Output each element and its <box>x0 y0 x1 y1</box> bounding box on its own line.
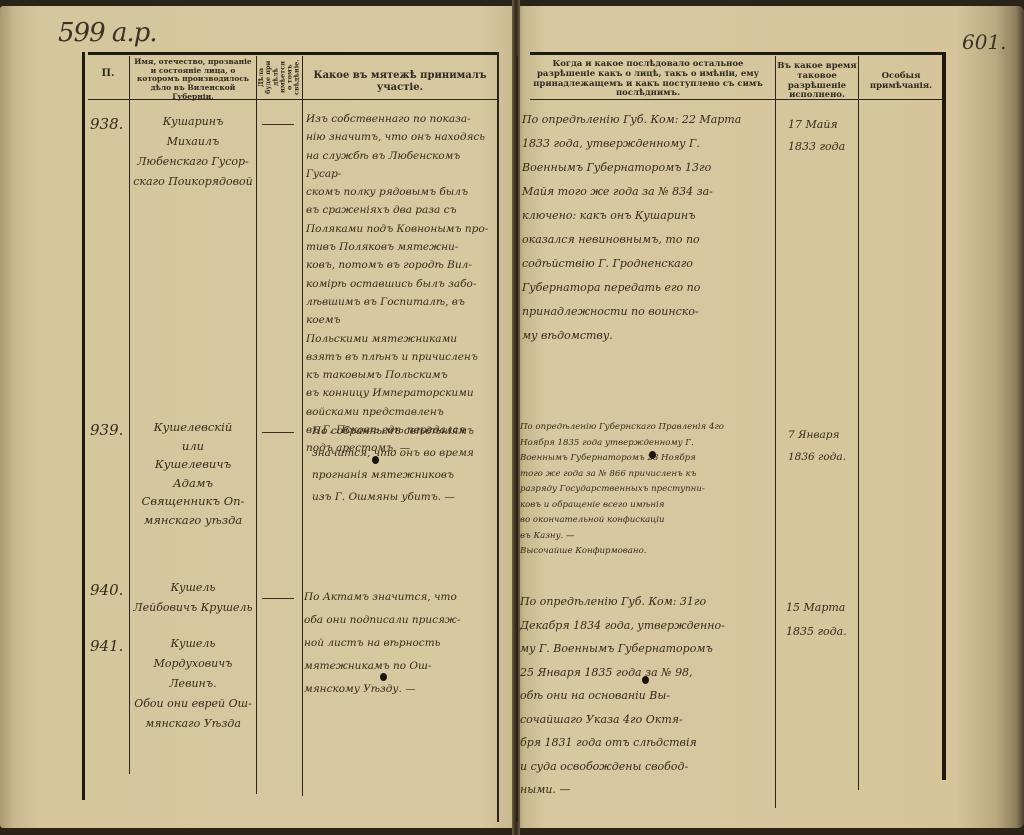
binding-hole <box>372 456 379 464</box>
right-outer-border <box>942 52 946 780</box>
entry-property-dash <box>262 124 294 125</box>
entry-property-dash <box>262 432 294 433</box>
entry-executed-date: 7 Января 1836 года. <box>788 424 858 468</box>
entry-property-dash <box>262 598 294 599</box>
header-executed: Въ какое время таковое разрѣшеніе исполн… <box>777 62 857 101</box>
right-col-divider-2 <box>858 56 859 790</box>
entry-resolution: По опредѣленію Губернскаго Правленія 4го… <box>520 420 776 560</box>
entry-role: Изъ собственнаго по показа- нію значитъ,… <box>306 110 498 458</box>
left-folio-number: 599 а.р. <box>58 18 157 48</box>
binding-hole <box>642 676 649 684</box>
right-folio-number: 601. <box>962 30 1007 54</box>
header-name: Имя, отечество, прозваніе и состояніе ли… <box>131 58 255 101</box>
entry-number: 941. <box>90 634 123 659</box>
entry-resolution: По опредѣленію Губ. Ком: 22 Марта 1833 г… <box>522 108 774 348</box>
entry-role: По Актамъ значится, что оба они подписал… <box>304 586 498 701</box>
binding-hole <box>380 673 387 681</box>
right-header-bottom-rule <box>530 99 942 100</box>
entry-resolution: По опредѣленію Губ. Ком: 31го Декабря 18… <box>520 590 776 802</box>
entry-executed-date: 15 Марта 1835 года. <box>786 596 858 644</box>
entry-role: По собраннымъ свѣдѣніямъ значится, что о… <box>312 420 498 508</box>
left-top-rule <box>88 52 498 55</box>
left-col-divider-3 <box>302 56 303 796</box>
header-notes: Особыя примѣчанія. <box>860 72 942 92</box>
entry-executed-date: 17 Майя 1833 года <box>788 114 858 158</box>
entry-name: Кушель Лейбовичъ Крушель <box>131 578 255 618</box>
left-outer-border <box>82 52 85 800</box>
right-inner-border <box>516 56 518 822</box>
right-top-rule <box>530 52 942 55</box>
entry-name: Кушелевскій или Кушелевичъ Адамъ Священн… <box>131 418 255 529</box>
left-col-divider-1 <box>129 56 130 774</box>
binding-hole <box>649 451 656 459</box>
entry-name: Кушель Мордуховичъ Левинъ. Обои они евре… <box>131 634 255 734</box>
entry-name: Кушаринъ Михаилъ Любенскаго Гусор- скаго… <box>131 112 255 192</box>
header-resolution: Когда и какое послѣдовало остальное разр… <box>522 60 774 99</box>
entry-number: 938. <box>90 112 123 137</box>
ledger-book: 599 а.р. 601. П. Имя, отечество, прозван… <box>0 0 1024 835</box>
entry-number: 940. <box>90 578 123 603</box>
header-number: П. <box>88 68 128 80</box>
header-property: Дѣла буде при дѣлѣ имѣется о томъ свѣдѣн… <box>258 58 300 96</box>
entry-number: 939. <box>90 418 123 443</box>
header-role: Какое въ мятежѣ принималъ участіе. <box>304 70 496 93</box>
left-col-divider-2 <box>256 56 257 794</box>
